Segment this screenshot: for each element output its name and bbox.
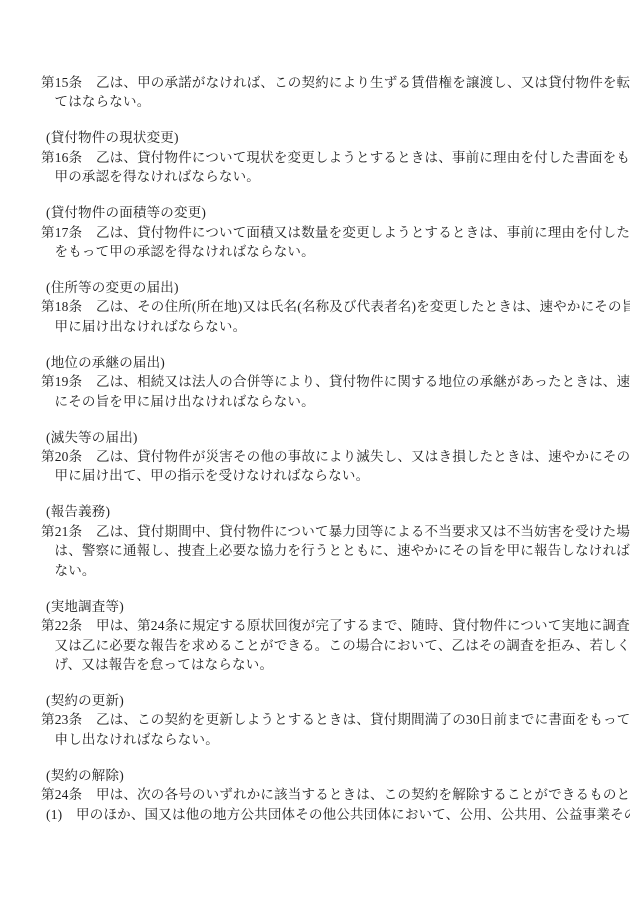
article-24-line: 第24条 甲は、次の各号のいずれかに該当するときは、この契約を解除することができ… bbox=[41, 785, 594, 804]
article-24-item-line: (1) 甲のほか、国又は他の地方公共団体その他公共団体において、公用、公共用、公… bbox=[41, 805, 594, 824]
article-18-line: 第18条 乙は、その住所(所在地)又は氏名(名称及び代表者名)を変更したときは、… bbox=[41, 297, 594, 316]
article-21-line: は、警察に通報し、捜査上必要な協力を行うとともに、速やかにその旨を甲に報告しなけ… bbox=[41, 541, 594, 560]
article-17-block: (貸付物件の面積等の変更)第17条 乙は、貸付物件について面積又は数量を変更しよ… bbox=[41, 203, 594, 261]
article-17-line: をもって甲の承認を得なければならない。 bbox=[41, 242, 594, 261]
article-20-block: (滅失等の届出)第20条 乙は、貸付物件が災害その他の事故により滅失し、又はき損… bbox=[41, 428, 594, 486]
article-23-block: (契約の更新)第23条 乙は、この契約を更新しようとするときは、貸付期間満了の3… bbox=[41, 691, 594, 749]
article-16-line: 甲の承認を得なければならない。 bbox=[41, 167, 594, 186]
contract-text-body: 第15条 乙は、甲の承諾がなければ、この契約により生ずる賃借権を譲渡し、又は貸付… bbox=[41, 73, 594, 824]
article-19-line: にその旨を甲に届け出なければならない。 bbox=[41, 392, 594, 411]
article-17-line: 第17条 乙は、貸付物件について面積又は数量を変更しようとするときは、事前に理由… bbox=[41, 223, 594, 242]
article-21-block: (報告義務)第21条 乙は、貸付期間中、貸付物件について暴力団等による不当要求又… bbox=[41, 502, 594, 580]
article-24-block: (契約の解除)第24条 甲は、次の各号のいずれかに該当するときは、この契約を解除… bbox=[41, 766, 594, 824]
article-19-block: (地位の承継の届出)第19条 乙は、相続又は法人の合併等により、貸付物件に関する… bbox=[41, 353, 594, 411]
article-21-line: 第21条 乙は、貸付期間中、貸付物件について暴力団等による不当要求又は不当妨害を… bbox=[41, 522, 594, 541]
article-15-block: 第15条 乙は、甲の承諾がなければ、この契約により生ずる賃借権を譲渡し、又は貸付… bbox=[41, 73, 594, 112]
article-18-block: (住所等の変更の届出)第18条 乙は、その住所(所在地)又は氏名(名称及び代表者… bbox=[41, 278, 594, 336]
article-22-heading: (実地調査等) bbox=[41, 597, 594, 616]
article-22-block: (実地調査等)第22条 甲は、第24条に規定する原状回復が完了するまで、随時、貸… bbox=[41, 597, 594, 675]
article-19-heading: (地位の承継の届出) bbox=[41, 353, 594, 372]
article-20-line: 第20条 乙は、貸付物件が災害その他の事故により滅失し、又はき損したときは、速や… bbox=[41, 447, 594, 466]
article-15-line: 第15条 乙は、甲の承諾がなければ、この契約により生ずる賃借権を譲渡し、又は貸付… bbox=[41, 73, 594, 92]
article-24-heading: (契約の解除) bbox=[41, 766, 594, 785]
article-19-line: 第19条 乙は、相続又は法人の合併等により、貸付物件に関する地位の承継があったと… bbox=[41, 372, 594, 391]
article-16-block: (貸付物件の現状変更)第16条 乙は、貸付物件について現状を変更しようとするとき… bbox=[41, 128, 594, 186]
document-page: 第15条 乙は、甲の承諾がなければ、この契約により生ずる賃借権を譲渡し、又は貸付… bbox=[0, 0, 630, 903]
article-18-line: 甲に届け出なければならない。 bbox=[41, 317, 594, 336]
article-16-heading: (貸付物件の現状変更) bbox=[41, 128, 594, 147]
article-22-line: 第22条 甲は、第24条に規定する原状回復が完了するまで、随時、貸付物件について… bbox=[41, 616, 594, 635]
article-23-heading: (契約の更新) bbox=[41, 691, 594, 710]
article-16-line: 第16条 乙は、貸付物件について現状を変更しようとするときは、事前に理由を付した… bbox=[41, 148, 594, 167]
article-22-line: げ、又は報告を怠ってはならない。 bbox=[41, 655, 594, 674]
article-23-line: 第23条 乙は、この契約を更新しようとするときは、貸付期間満了の30日前までに書… bbox=[41, 710, 594, 729]
article-23-line: 申し出なければならない。 bbox=[41, 730, 594, 749]
article-21-heading: (報告義務) bbox=[41, 502, 594, 521]
article-18-heading: (住所等の変更の届出) bbox=[41, 278, 594, 297]
article-17-heading: (貸付物件の面積等の変更) bbox=[41, 203, 594, 222]
article-22-line: 又は乙に必要な報告を求めることができる。この場合において、乙はその調査を拒み、若… bbox=[41, 636, 594, 655]
article-20-heading: (滅失等の届出) bbox=[41, 428, 594, 447]
article-15-line: てはならない。 bbox=[41, 92, 594, 111]
article-21-line: ない。 bbox=[41, 561, 594, 580]
article-20-line: 甲に届け出て、甲の指示を受けなければならない。 bbox=[41, 466, 594, 485]
